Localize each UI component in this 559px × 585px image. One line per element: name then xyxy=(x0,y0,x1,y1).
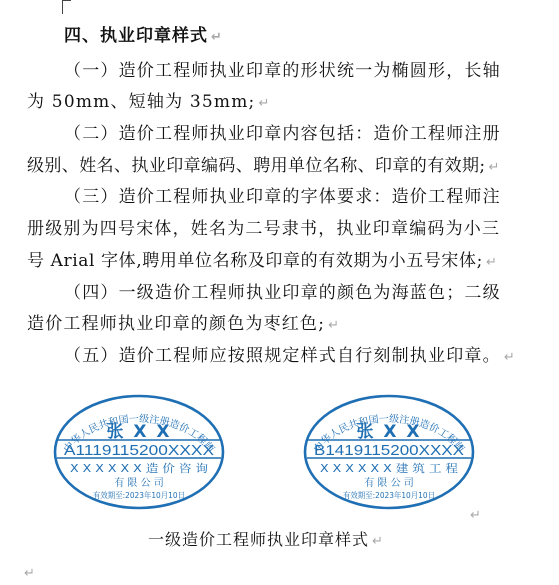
stamp-code: A1119115200XXXX xyxy=(64,442,214,459)
paragraph-3-line-1: （三）造价工程师执业印章的字体要求：造价工程师注 xyxy=(64,187,501,207)
paragraph-mark: ↵ xyxy=(211,30,222,45)
paragraph-mark: ↵ xyxy=(258,96,269,111)
paragraph-mark: ↵ xyxy=(328,318,339,333)
paragraph-mark: ↵ xyxy=(486,255,497,270)
paragraph-1-line-1: （一）造价工程师执业印章的形状统一为椭圆形，长轴 xyxy=(64,61,501,81)
paragraph-text: 造价工程师执业印章的颜色为枣红色; xyxy=(27,314,325,334)
stamp-validity: 有效期至:2023年10月10日 xyxy=(93,490,185,500)
stamp-name: 张 X X xyxy=(106,422,171,442)
paragraph-text: （四）一级造价工程师执业印章的颜色为海蓝色；二级 xyxy=(64,283,501,303)
paragraph-text: （三）造价工程师执业印章的字体要求：造价工程师注 xyxy=(64,187,501,207)
paragraph-mark: ↵ xyxy=(372,534,383,549)
paragraph-mark: ↵ xyxy=(470,508,481,523)
stamp-employer-line-1: X X X X X X 建 筑 工 程 xyxy=(320,461,458,475)
paragraph-4-line-1: （四）一级造价工程师执业印章的颜色为海蓝色；二级 xyxy=(64,283,501,303)
paragraph-mark: ↵ xyxy=(504,350,515,365)
section-heading: 四、执业印章样式↵ xyxy=(64,26,222,48)
paragraph-text: （二）造价工程师执业印章内容包括：造价工程师注册 xyxy=(64,124,501,144)
paragraph-text: 为 50mm、短轴为 35mm; xyxy=(27,92,255,112)
paragraph-mark: ↵ xyxy=(24,566,35,581)
paragraph-mark: ↵ xyxy=(489,160,500,175)
caption-text: 一级造价工程师执业印章样式 xyxy=(148,530,369,549)
figure-caption: 一级造价工程师执业印章样式↵ xyxy=(148,527,383,550)
stamp-employer-line-1: X X X X X X 造 价 咨 询 xyxy=(70,461,208,475)
page-corner-mark xyxy=(62,0,71,14)
section-heading-text: 四、执业印章样式 xyxy=(64,26,208,46)
paragraph-text: 级别、姓名、执业印章编码、聘用单位名称、印章的有效期; xyxy=(27,156,486,176)
stamp-employer-line-2: 有 限 公 司 xyxy=(114,476,164,489)
paragraph-text: 册级别为四号宋体，姓名为二号隶书，执业印章编码为小三 xyxy=(27,219,500,239)
paragraph-text: （五）造价工程师应按照规定样式自行刻制执业印章。 xyxy=(64,346,501,366)
stamp-grade1-b: 中华人民共和国一级注册造价工程师 张 X X B1419115200XXXX X… xyxy=(303,394,475,510)
paragraph-text: 号 Arial 字体,聘用单位名称及印章的有效期为小五号宋体; xyxy=(27,251,483,271)
stamp-code: B1419115200XXXX xyxy=(314,442,464,459)
paragraph-1-line-2: 为 50mm、短轴为 35mm;↵ xyxy=(27,92,269,114)
paragraph-4-line-2: 造价工程师执业印章的颜色为枣红色;↵ xyxy=(27,314,339,336)
stamp-validity: 有效期至:2023年10月10日 xyxy=(343,490,435,500)
paragraph-2-line-1: （二）造价工程师执业印章内容包括：造价工程师注册 xyxy=(64,124,501,144)
stamp-employer-line-2: 有 限 公 司 xyxy=(364,476,414,489)
paragraph-3-line-3: 号 Arial 字体,聘用单位名称及印章的有效期为小五号宋体;↵ xyxy=(27,251,497,273)
paragraph-5-line-1: （五）造价工程师应按照规定样式自行刻制执业印章。↵ xyxy=(64,346,515,368)
paragraph-2-line-2: 级别、姓名、执业印章编码、聘用单位名称、印章的有效期;↵ xyxy=(27,156,499,178)
paragraph-text: （一）造价工程师执业印章的形状统一为椭圆形，长轴 xyxy=(64,61,501,81)
stamp-name: 张 X X xyxy=(356,422,421,442)
paragraph-3-line-2: 册级别为四号宋体，姓名为二号隶书，执业印章编码为小三 xyxy=(27,219,500,239)
stamp-grade1-a: 中华人民共和国一级注册造价工程师 张 X X A1119115200XXXX X… xyxy=(53,394,225,510)
